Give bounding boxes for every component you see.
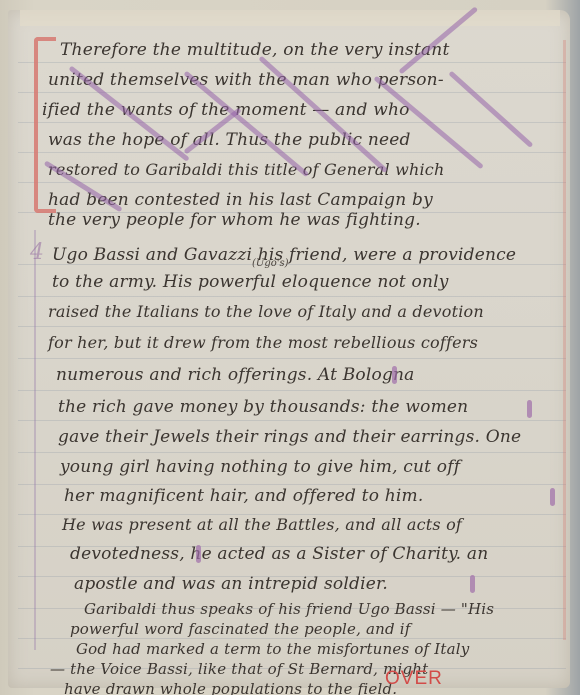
ruled-line <box>18 420 566 421</box>
text-line: to the army. His powerful eloquence not … <box>52 272 449 292</box>
purple-divider-mark <box>196 545 201 563</box>
text-line: He was present at all the Battles, and a… <box>62 515 462 534</box>
ruled-line <box>18 152 566 153</box>
ruled-line <box>18 638 566 639</box>
purple-divider-mark <box>392 366 397 384</box>
ruled-line <box>18 390 566 391</box>
torn-top-edge <box>20 10 560 26</box>
right-edge-stain <box>563 40 566 640</box>
ruled-line <box>18 296 566 297</box>
text-line: the rich gave money by thousands: the wo… <box>58 397 468 417</box>
ruled-line <box>18 484 566 485</box>
text-line: for her, but it drew from the most rebel… <box>48 333 478 352</box>
purple-divider-mark <box>550 488 555 506</box>
margin-line <box>34 230 36 650</box>
text-line: Therefore the multitude, on the very ins… <box>60 40 450 60</box>
purple-divider-mark <box>527 400 532 418</box>
text-line: — the Voice Bassi, like that of St Berna… <box>50 660 428 678</box>
text-line: the very people for whom he was fighting… <box>48 210 421 230</box>
text-line: numerous and rich offerings. At Bologna <box>56 365 415 385</box>
ruled-line <box>18 62 566 63</box>
ruled-line <box>18 182 566 183</box>
text-line: raised the Italians to the love of Italy… <box>48 302 484 321</box>
text-line: gave their Jewels their rings and their … <box>58 427 521 447</box>
text-line: her magnificent hair, and offered to him… <box>64 486 423 506</box>
text-line: God had marked a term to the misfortunes… <box>76 640 469 658</box>
ruled-line <box>18 452 566 453</box>
text-line: devotedness, he acted as a Sister of Cha… <box>70 544 488 564</box>
red-margin-bracket <box>34 37 56 213</box>
purple-divider-mark <box>470 575 475 593</box>
margin-number: 4 <box>30 240 44 265</box>
ruled-line <box>18 358 566 359</box>
ruled-line <box>18 326 566 327</box>
text-line: have drawn whole populations to the fiel… <box>64 680 397 695</box>
text-line: apostle and was an intrepid soldier. <box>74 574 388 594</box>
text-line: Garibaldi thus speaks of his friend Ugo … <box>84 600 494 618</box>
text-line: young girl having nothing to give him, c… <box>60 457 460 477</box>
text-line: powerful word fascinated the people, and… <box>70 620 411 638</box>
ruled-line <box>18 122 566 123</box>
over-stamp: OVER <box>385 668 443 690</box>
interlinear-note: (Ugo's) <box>252 258 289 269</box>
